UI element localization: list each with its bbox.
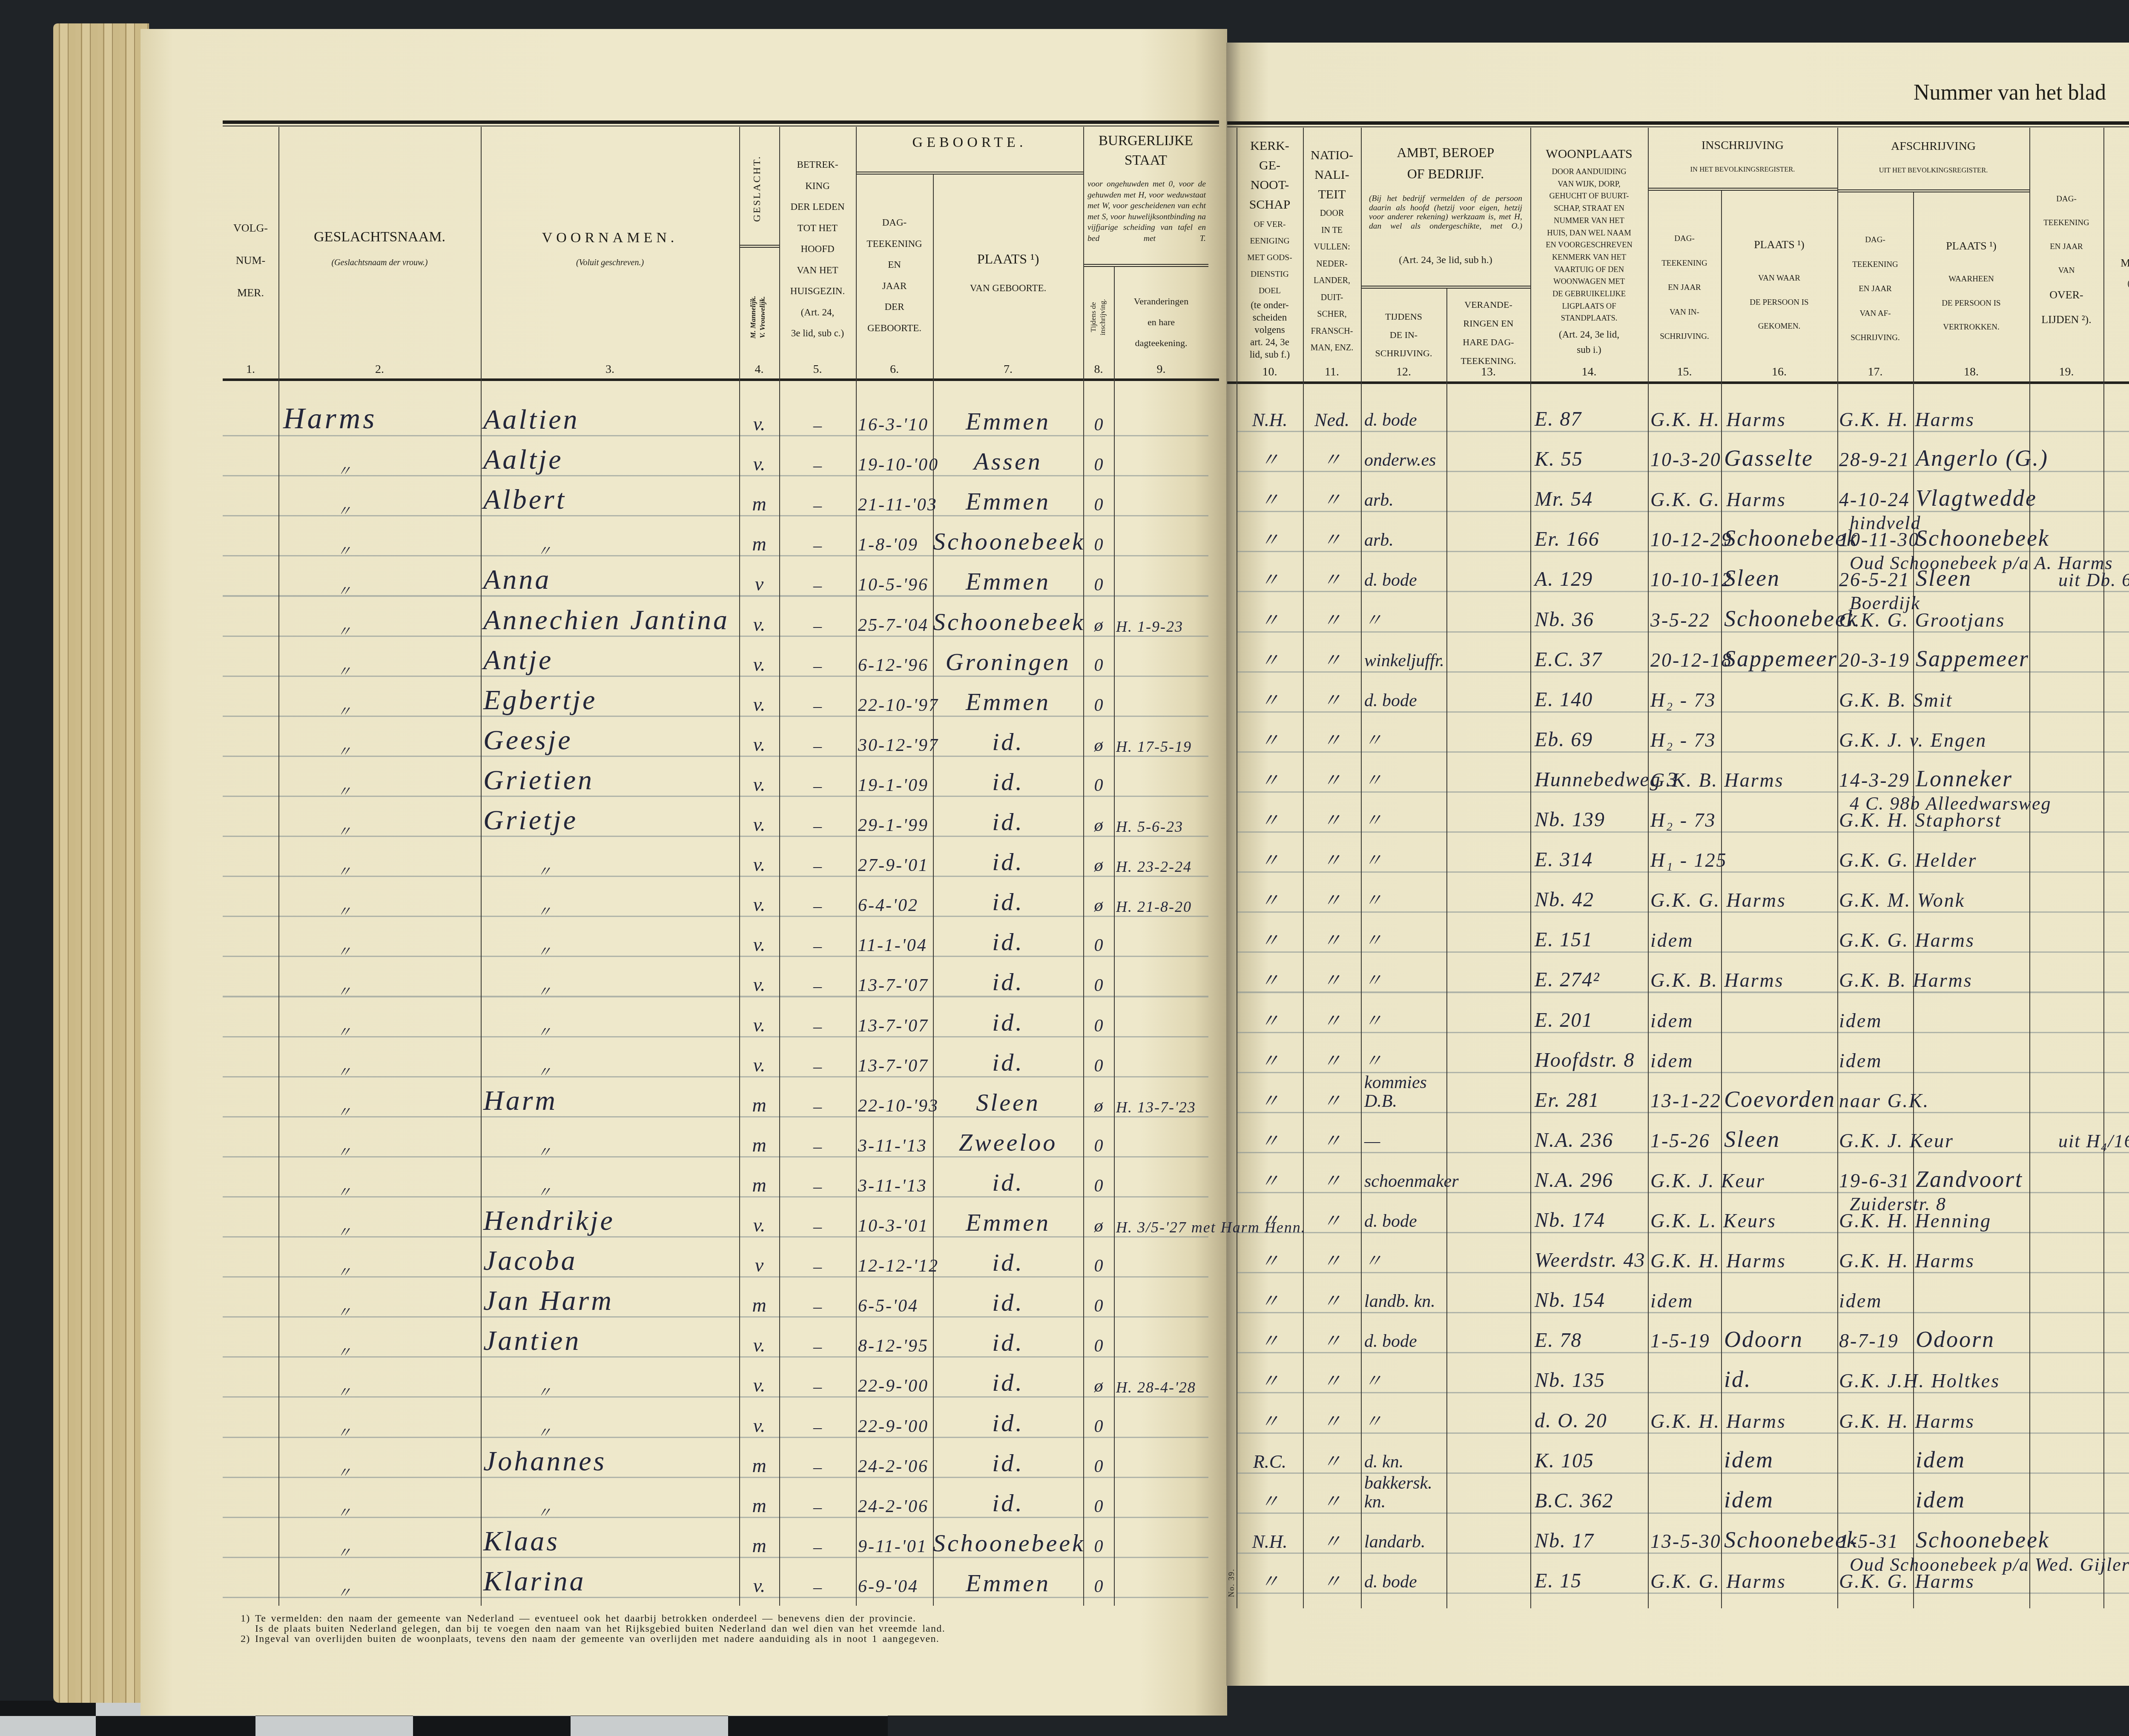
deregistration-date: G.K. H. Harms <box>1839 1251 1975 1271</box>
birth-place: id. <box>933 810 1083 834</box>
nationality: 〃 <box>1303 651 1361 670</box>
header-nationaliteit: NATIO- NALI- TEIT <box>1303 146 1361 204</box>
relation-to-head: – <box>779 657 856 674</box>
relation-to-head: – <box>779 777 856 794</box>
registration-date: idem <box>1650 1051 1693 1071</box>
address: E. 314 <box>1535 850 1593 870</box>
civil-status: 0 <box>1083 1458 1114 1475</box>
column-number: 1. <box>223 363 278 376</box>
arrived-from-place: Sappemeer <box>1724 647 1838 670</box>
deregistration-date: 20-3-19 <box>1839 650 1910 670</box>
civil-status-change: H. 13-7-'23 <box>1116 1100 1196 1115</box>
header-kerkgenootschap-ref: (te onder- scheiden volgens art. 24, 3e … <box>1237 299 1303 361</box>
column-number: 13. <box>1446 365 1530 379</box>
register-row-right: 〃 〃 〃 Nb. 135 id. G.K. J.H. Holtkes <box>1237 1353 2129 1393</box>
registration-date: 13-5-30 <box>1650 1532 1722 1551</box>
rule <box>1837 189 2029 190</box>
header-kerkgenootschap: KERK- GE- NOOT- SCHAP <box>1237 136 1303 215</box>
given-names: Geesje <box>483 726 573 754</box>
register-row-left: 〃 〃 v. – 13-7-'07 id. 0 <box>223 957 1208 997</box>
birth-place: Assen <box>933 449 1083 474</box>
address: K. 55 <box>1535 449 1583 470</box>
page-edges-stack <box>53 23 149 1703</box>
nationality: 〃 <box>1303 1212 1361 1231</box>
departed-to-place: Schoonebeek <box>1916 527 2050 550</box>
header-aanmerkingen: AAN- MERKINGEN. <box>2103 223 2129 276</box>
church: 〃 <box>1237 931 1303 950</box>
deregistration-date: 8-7-19 <box>1839 1331 1899 1351</box>
occupation: 〃 <box>1364 1412 1449 1431</box>
register-row-left: 〃 〃 m – 24-2-'06 id. 0 <box>223 1478 1208 1518</box>
registration-date: G.K. L. Keurs <box>1650 1211 1776 1231</box>
register-row-left: 〃 〃 m – 1-8-'09 Schoonebeek 0 <box>223 516 1208 556</box>
register-row-right: 〃 〃 〃 E. 314 H₁ - 125 G.K. G. Helder <box>1237 833 2129 873</box>
register-row-left: 〃 Annechien Jantina v. – 25-7-'04 Schoon… <box>223 597 1208 637</box>
birth-place: id. <box>933 850 1083 874</box>
relation-to-head: – <box>779 1418 856 1435</box>
civil-status-change: H. 17-5-19 <box>1116 739 1192 754</box>
nationality: Ned. <box>1303 411 1361 430</box>
sheet-number-label: Nummer van het blad <box>1914 80 2106 105</box>
sex: m <box>739 1175 779 1195</box>
deregistration-date: 19-6-31 <box>1839 1171 1910 1191</box>
given-names: Harm <box>483 1087 557 1115</box>
deregistration-date: G.K. G. Grootjans <box>1839 610 2006 630</box>
registration-date: 1-5-19 <box>1650 1331 1710 1351</box>
rule <box>739 245 779 246</box>
address: E. 140 <box>1535 690 1593 710</box>
rule <box>856 174 1083 175</box>
relation-to-head: – <box>779 1218 856 1235</box>
nationality: 〃 <box>1303 811 1361 830</box>
nationality: 〃 <box>1303 891 1361 910</box>
register-row-left: 〃 〃 v. – 13-7-'07 id. 0 <box>223 997 1208 1037</box>
register-row-left: 〃 〃 v. – 27-9-'01 id. ø H. 23-2-24 <box>223 837 1208 877</box>
birth-date: 12-12-'12 <box>858 1257 939 1275</box>
sex: m <box>739 534 779 554</box>
address: Weerdstr. 43 <box>1535 1250 1645 1271</box>
column-number: 7. <box>933 363 1083 376</box>
address: Nb. 135 <box>1535 1370 1605 1391</box>
civil-status-change: H. 1-9-23 <box>1116 619 1183 634</box>
column-number: 10. <box>1237 365 1303 379</box>
rule <box>1648 190 1837 191</box>
header-geboorte-datum: DAG- TEEKENING EN JAAR DER GEBOORTE. <box>856 212 933 338</box>
scale-cell <box>571 1716 728 1736</box>
church: N.H. <box>1237 411 1303 430</box>
relation-to-head: – <box>779 617 856 634</box>
birth-date: 19-10-'00 <box>858 456 939 474</box>
register-row-left: 〃 〃 m – 3-11-'13 id. 0 <box>223 1157 1208 1197</box>
arrived-from-place: idem <box>1724 1488 1774 1511</box>
register-row-right: 〃 〃 landb. kn. Nb. 154 idem idem <box>1237 1273 2129 1313</box>
church: 〃 <box>1237 451 1303 470</box>
church: 〃 <box>1237 491 1303 510</box>
header-burgerlijke-staat-legend: voor ongehuwden met 0, voor de gehuwden … <box>1087 179 1206 244</box>
nationality: 〃 <box>1303 851 1361 870</box>
given-names: Jantien <box>483 1327 581 1355</box>
birth-place: id. <box>933 1491 1083 1515</box>
nationality: 〃 <box>1303 971 1361 990</box>
nationality: 〃 <box>1303 1292 1361 1311</box>
scale-cell <box>255 1716 413 1736</box>
header-betrekking: BETREK- KING DER LEDEN TOT HET HOOFD VAN… <box>779 154 856 344</box>
occupation: 〃 <box>1364 1052 1449 1071</box>
address: K. 105 <box>1535 1451 1594 1471</box>
occupation: landb. kn. <box>1364 1292 1449 1311</box>
rule <box>1361 286 1530 286</box>
birth-place: Emmen <box>933 489 1083 514</box>
civil-status: 0 <box>1083 576 1114 594</box>
header-inschrijving-group: INSCHRIJVING <box>1648 139 1837 152</box>
occupation: bakkersk. kn. <box>1364 1474 1449 1511</box>
deregistration-date: naar G.K. <box>1839 1091 1929 1111</box>
church: 〃 <box>1237 1052 1303 1071</box>
civil-status: ø <box>1083 897 1114 914</box>
occupation: d. bode <box>1364 571 1449 590</box>
birth-place: id. <box>933 1411 1083 1435</box>
register-row-left: 〃 Johannes m – 24-2-'06 id. 0 <box>223 1438 1208 1478</box>
given-names: Klaas <box>483 1527 560 1556</box>
relation-to-head: – <box>779 1338 856 1355</box>
relation-to-head: – <box>779 1538 856 1556</box>
civil-status: ø <box>1083 1217 1114 1235</box>
header-tijdens-inschrijving: Tijdens de inschrijving. <box>1089 287 1108 347</box>
given-names: Jacoba <box>483 1247 577 1275</box>
address: Nb. 36 <box>1535 610 1594 630</box>
birth-date: 22-9-'00 <box>858 1418 929 1435</box>
birth-date: 6-9-'04 <box>858 1578 918 1596</box>
deregistration-date: idem <box>1839 1051 1882 1071</box>
birth-place: id. <box>933 1050 1083 1075</box>
registration-date: idem <box>1650 1011 1693 1031</box>
register-row-left: 〃 〃 v. – 13-7-'07 id. 0 <box>223 1037 1208 1077</box>
church: 〃 <box>1237 1252 1303 1271</box>
occupation: onderw.es <box>1364 451 1449 470</box>
civil-status-change: H. 23-2-24 <box>1116 859 1192 874</box>
register-row-right: 〃 〃 winkeljuffr. E.C. 37 20-12-18 Sappem… <box>1237 633 2129 673</box>
registration-date: 3-5-22 <box>1650 610 1710 630</box>
registration-date: 10-10-12 <box>1650 570 1733 590</box>
header-kerkgenootschap-sub: OF VER- EENIGING MET GODS- DIENSTIG DOEL <box>1237 216 1303 299</box>
register-row-left: 〃 Hendrikje v. – 10-3-'01 Emmen ø H. 3/5… <box>223 1197 1208 1238</box>
occupation: d. kn. <box>1364 1452 1449 1471</box>
birth-place: id. <box>933 1010 1083 1035</box>
column-number: 3. <box>481 363 739 376</box>
deregistration-date: 4-10-24 <box>1839 490 1910 510</box>
header-overlijden: OVER- LIJDEN ²). <box>2029 283 2103 332</box>
given-names: Klarina <box>483 1567 585 1596</box>
church: 〃 <box>1237 1092 1303 1111</box>
birth-place: id. <box>933 1370 1083 1395</box>
deregistration-date: G.K. M. Wonk <box>1839 891 1965 910</box>
arrived-from-place: idem <box>1724 1448 1774 1471</box>
church: 〃 <box>1237 651 1303 670</box>
registration-date: H₂ - 73 <box>1650 690 1716 710</box>
registration-date: 10-3-20 <box>1650 450 1722 470</box>
civil-status: 0 <box>1083 1257 1114 1275</box>
departed-to-place: Schoonebeek <box>1916 1528 2050 1551</box>
deregistration-date: G.K. J. Keur <box>1839 1131 1954 1151</box>
birth-date: 22-10-'93 <box>858 1097 939 1115</box>
sex: m <box>739 1536 779 1556</box>
column-number: 17. <box>1837 365 1913 379</box>
nationality: 〃 <box>1303 1332 1361 1351</box>
birth-date: 3-11-'13 <box>858 1137 927 1155</box>
relation-to-head: – <box>779 1498 856 1515</box>
church: 〃 <box>1237 1573 1303 1591</box>
civil-status: 0 <box>1083 977 1114 994</box>
occupation: — <box>1364 1132 1449 1151</box>
sex: v. <box>739 775 779 794</box>
header-afschrijving-plaats-sub: WAARHEEN DE PERSOON IS VERTROKKEN. <box>1913 267 2029 340</box>
civil-status: 0 <box>1083 1057 1114 1075</box>
given-names: Antje <box>483 646 553 674</box>
deregistration-date: 14-3-29 <box>1839 771 1910 790</box>
birth-date: 21-11-'03 <box>858 496 938 514</box>
sex: v. <box>739 454 779 474</box>
sex: v. <box>739 935 779 954</box>
birth-date: 24-2-'06 <box>858 1498 929 1515</box>
nationality: 〃 <box>1303 1252 1361 1271</box>
sex: v. <box>739 615 779 634</box>
occupation: 〃 <box>1364 931 1449 950</box>
deregistration-date: G.K. H. Henning <box>1839 1211 1991 1231</box>
civil-status: 0 <box>1083 776 1114 794</box>
header-geboorte-plaats-sub: VAN GEBOORTE. <box>933 283 1083 294</box>
registration-date: idem <box>1650 931 1693 950</box>
given-names: Jan Harm <box>483 1287 614 1315</box>
register-row-left: 〃 Anna v – 10-5-'96 Emmen 0 <box>223 556 1208 596</box>
address: E. 78 <box>1535 1330 1582 1351</box>
relation-to-head: – <box>779 1458 856 1475</box>
register-row-right: 〃 〃 d. bode Nb. 174 G.K. L. Keurs G.K. H… <box>1237 1193 2129 1233</box>
address: Nb. 154 <box>1535 1290 1605 1311</box>
registration-date: H₂ - 73 <box>1650 811 1716 830</box>
header-burgerlijke-staat: BURGERLIJKE STAAT <box>1083 131 1208 170</box>
civil-status: 0 <box>1083 1177 1114 1195</box>
nationality: 〃 <box>1303 771 1361 790</box>
register-row-left: 〃 〃 v. – 22-9-'00 id. 0 <box>223 1398 1208 1438</box>
church: 〃 <box>1237 691 1303 710</box>
birth-date: 8-12-'95 <box>858 1337 929 1355</box>
birth-date: 6-5-'04 <box>858 1297 918 1315</box>
arrived-from-place: Gasselte <box>1724 447 1813 470</box>
civil-status: 0 <box>1083 416 1114 434</box>
occupation: winkeljuffr. <box>1364 651 1449 670</box>
scale-cell <box>0 1701 96 1716</box>
sex: v. <box>739 1576 779 1596</box>
nationality: 〃 <box>1303 691 1361 710</box>
given-names: Hendrikje <box>483 1207 615 1235</box>
footnote-text: Is de plaats buiten Nederland gelegen, d… <box>255 1623 945 1634</box>
address: Nb. 42 <box>1535 890 1594 910</box>
register-row-right: 〃 〃 kommies D.B. Er. 281 13-1-22 Coevord… <box>1237 1073 2129 1113</box>
deregistration-date: 28-9-21 <box>1839 450 1910 470</box>
header-aanmerkingen-ref: (Art. 24, 5e lid.) <box>2103 279 2129 289</box>
remark: uit H₄/169 <box>2058 1132 2129 1151</box>
birth-place: Sleen <box>933 1090 1083 1115</box>
relation-to-head: – <box>779 977 856 994</box>
column-number: 12. <box>1361 365 1446 379</box>
header-inschrijving-plaats: PLAATS ¹) <box>1721 238 1837 251</box>
column-number: 2. <box>278 363 481 376</box>
birth-date: 6-12-'96 <box>858 656 929 674</box>
register-spread-scan: Nummer van het blad VOLG- NUM- MER. GESL… <box>0 0 2129 1736</box>
footnote-text: Ingeval van overlijden buiten de woonpla… <box>255 1633 939 1644</box>
register-row-right: 〃 〃 bakkersk. kn. B.C. 362 idem idem <box>1237 1474 2129 1514</box>
church: 〃 <box>1237 571 1303 590</box>
registration-date: G.K. B. Harms <box>1650 771 1784 790</box>
registration-date: G.K. B. Harms <box>1650 971 1784 990</box>
occupation: arb. <box>1364 491 1449 510</box>
relation-to-head: – <box>779 857 856 874</box>
column-number: 20. <box>2103 365 2129 379</box>
relation-to-head: – <box>779 697 856 714</box>
deregistration-date: G.K. J.H. Holtkes <box>1839 1371 2000 1391</box>
nationality: 〃 <box>1303 1372 1361 1391</box>
header-geslachtsnaam-note: (Geslachtsnaam der vrouw.) <box>278 258 481 268</box>
column-number: 14. <box>1530 365 1648 379</box>
occupation: 〃 <box>1364 731 1449 750</box>
birth-date: 13-7-'07 <box>858 1057 929 1075</box>
arrived-from-place: Coevorden <box>1724 1088 1836 1111</box>
birth-date: 3-11-'13 <box>858 1177 927 1195</box>
top-rule-left <box>223 120 1219 124</box>
column-number: 5. <box>779 363 856 376</box>
birth-date: 10-5-'96 <box>858 576 929 594</box>
sex: v. <box>739 1215 779 1235</box>
top-rule-right-thin <box>1227 126 2129 127</box>
sex: v. <box>739 1055 779 1075</box>
occupation: 〃 <box>1364 811 1449 830</box>
footnote: 2)Ingeval van overlijden buiten de woonp… <box>241 1634 945 1644</box>
register-row-right: N.H. 〃 landarb. Nb. 17 13-5-30 Schoonebe… <box>1237 1514 2129 1554</box>
nationality: 〃 <box>1303 1172 1361 1191</box>
address: B.C. 362 <box>1535 1491 1613 1511</box>
birth-date: 27-9-'01 <box>858 857 929 874</box>
sex: v. <box>739 1015 779 1035</box>
column-number: 19. <box>2029 365 2103 379</box>
footnote-text: Te vermelden: den naam der gemeente van … <box>255 1613 916 1624</box>
header-ambt-veranderingen: VERANDE- RINGEN EN HARE DAG- TEEKENING. <box>1446 295 1530 370</box>
sex: v. <box>739 855 779 874</box>
address: Nb. 17 <box>1535 1531 1594 1551</box>
arrived-from-place: Odoorn <box>1724 1328 1803 1351</box>
departed-to-place: Angerlo (G.) <box>1916 447 2049 470</box>
civil-status: 0 <box>1083 937 1114 954</box>
rule <box>1361 288 1530 289</box>
register-row-left: 〃 Klarina v. – 6-9-'04 Emmen 0 <box>223 1558 1208 1598</box>
birth-place: id. <box>933 1330 1083 1355</box>
register-row-right: 〃 〃 d. bode E. 78 1-5-19 Odoorn 8-7-19 O… <box>1237 1313 2129 1353</box>
header-woonplaats-sub: DOOR AANDUIDING VAN WIJK, DORP, GEHUCHT … <box>1532 166 1646 325</box>
civil-status: ø <box>1083 1097 1114 1115</box>
occupation: kommies D.B. <box>1364 1073 1449 1111</box>
header-geslacht: GESLACHT. <box>752 138 767 240</box>
register-row-right: 〃 〃 arb. Mr. 54 G.K. G. Harms 4-10-24 Vl… <box>1237 472 2129 512</box>
occupation: landarb. <box>1364 1533 1449 1551</box>
deregistration-date: idem <box>1839 1011 1882 1031</box>
register-row-left: 〃 Grietje v. – 29-1-'99 id. ø H. 5-6-23 <box>223 797 1208 837</box>
departed-to-place: Vlagtwedde <box>1916 487 2037 510</box>
birth-place: Emmen <box>933 569 1083 594</box>
register-row-left: 〃 Geesje v. – 30-12-'97 id. ø H. 17-5-19 <box>223 717 1208 757</box>
birth-date: 6-4-'02 <box>858 897 918 914</box>
header-geboorte-group: GEBOORTE. <box>856 135 1083 151</box>
birth-place: id. <box>933 930 1083 954</box>
church: 〃 <box>1237 851 1303 870</box>
birth-place: id. <box>933 1170 1083 1195</box>
relation-to-head: – <box>779 1058 856 1075</box>
relation-to-head: – <box>779 1018 856 1035</box>
address: N.A. 296 <box>1535 1170 1613 1191</box>
register-row-left: 〃 Klaas m – 9-11-'01 Schoonebeek 0 <box>223 1518 1208 1558</box>
nationality: 〃 <box>1303 571 1361 590</box>
departed-to-place: idem <box>1916 1488 1965 1511</box>
header-afschrijving-sub: UIT HET BEVOLKINGSREGISTER. <box>1837 166 2029 175</box>
arrived-from-place: id. <box>1724 1368 1752 1391</box>
registration-date: G.K. H. Harms <box>1650 410 1786 430</box>
address: A. 129 <box>1535 569 1593 590</box>
register-row-right: 〃 〃 〃 Nb. 42 G.K. G. Harms G.K. M. Wonk <box>1237 873 2129 913</box>
header-voornamen: VOORNAMEN. <box>481 230 739 246</box>
deregistration-date: G.K. B. Harms <box>1839 971 1973 990</box>
footnote-marker: 2) <box>241 1634 255 1644</box>
register-row-right: 〃 〃 onderw.es K. 55 10-3-20 Gasselte 28-… <box>1237 432 2129 472</box>
register-row-left: 〃 Jacoba v – 12-12-'12 id. 0 <box>223 1238 1208 1278</box>
civil-status: 0 <box>1083 496 1114 514</box>
header-afschrijving-datum: DAG- TEEKENING EN JAAR VAN AF- SCHRIJVIN… <box>1837 228 1913 350</box>
nationality: 〃 <box>1303 1573 1361 1591</box>
sex: m <box>739 1135 779 1155</box>
occupation: schoenmaker <box>1364 1172 1449 1191</box>
rule <box>1083 266 1208 267</box>
register-row-right: 〃 〃 〃 Nb. 36 3-5-22 Schoonebeek G.K. G. … <box>1237 593 2129 633</box>
birth-place: Emmen <box>933 690 1083 714</box>
civil-status: 0 <box>1083 1418 1114 1435</box>
header-ambt-note: (Bij het bedrijf vermelden of de persoon… <box>1369 194 1522 231</box>
departed-to-place: Sappemeer <box>1916 647 2029 670</box>
birth-date: 10-3-'01 <box>858 1217 929 1235</box>
top-rule-right <box>1227 121 2129 125</box>
relation-to-head: – <box>779 1138 856 1155</box>
arrived-from-place: Schoonebeek <box>1724 527 1858 550</box>
register-row-right: 〃 〃 〃 E. 274² G.K. B. Harms G.K. B. Harm… <box>1237 953 2129 993</box>
remark: uit Db. 64/72 <box>2058 571 2129 590</box>
birth-place: id. <box>933 890 1083 914</box>
occupation: 〃 <box>1364 891 1449 910</box>
church: 〃 <box>1237 1292 1303 1311</box>
civil-status-change: H. 5-6-23 <box>1116 819 1183 834</box>
sex: v. <box>739 975 779 994</box>
nationality: 〃 <box>1303 451 1361 470</box>
address: E. 201 <box>1535 1010 1593 1031</box>
birth-place: id. <box>933 1290 1083 1315</box>
register-row-left: Harms Aaltien v. – 16-3-'10 Emmen 0 <box>223 396 1208 436</box>
civil-status: 0 <box>1083 1137 1114 1155</box>
header-inschrijving-datum: DAG- TEEKENING EN JAAR VAN IN- SCHRIJVIN… <box>1648 226 1721 349</box>
departed-to-place: Sleen <box>1916 567 1972 590</box>
civil-status: 0 <box>1083 1337 1114 1355</box>
civil-status-change: H. 21-8-20 <box>1116 899 1192 914</box>
occupation: arb. <box>1364 531 1449 550</box>
church: 〃 <box>1237 731 1303 750</box>
register-row-right: 〃 〃 〃 E. 201 idem idem <box>1237 993 2129 1033</box>
departed-to-place: Odoorn <box>1916 1328 1995 1351</box>
sex: m <box>739 1496 779 1515</box>
occupation: d. bode <box>1364 411 1449 430</box>
